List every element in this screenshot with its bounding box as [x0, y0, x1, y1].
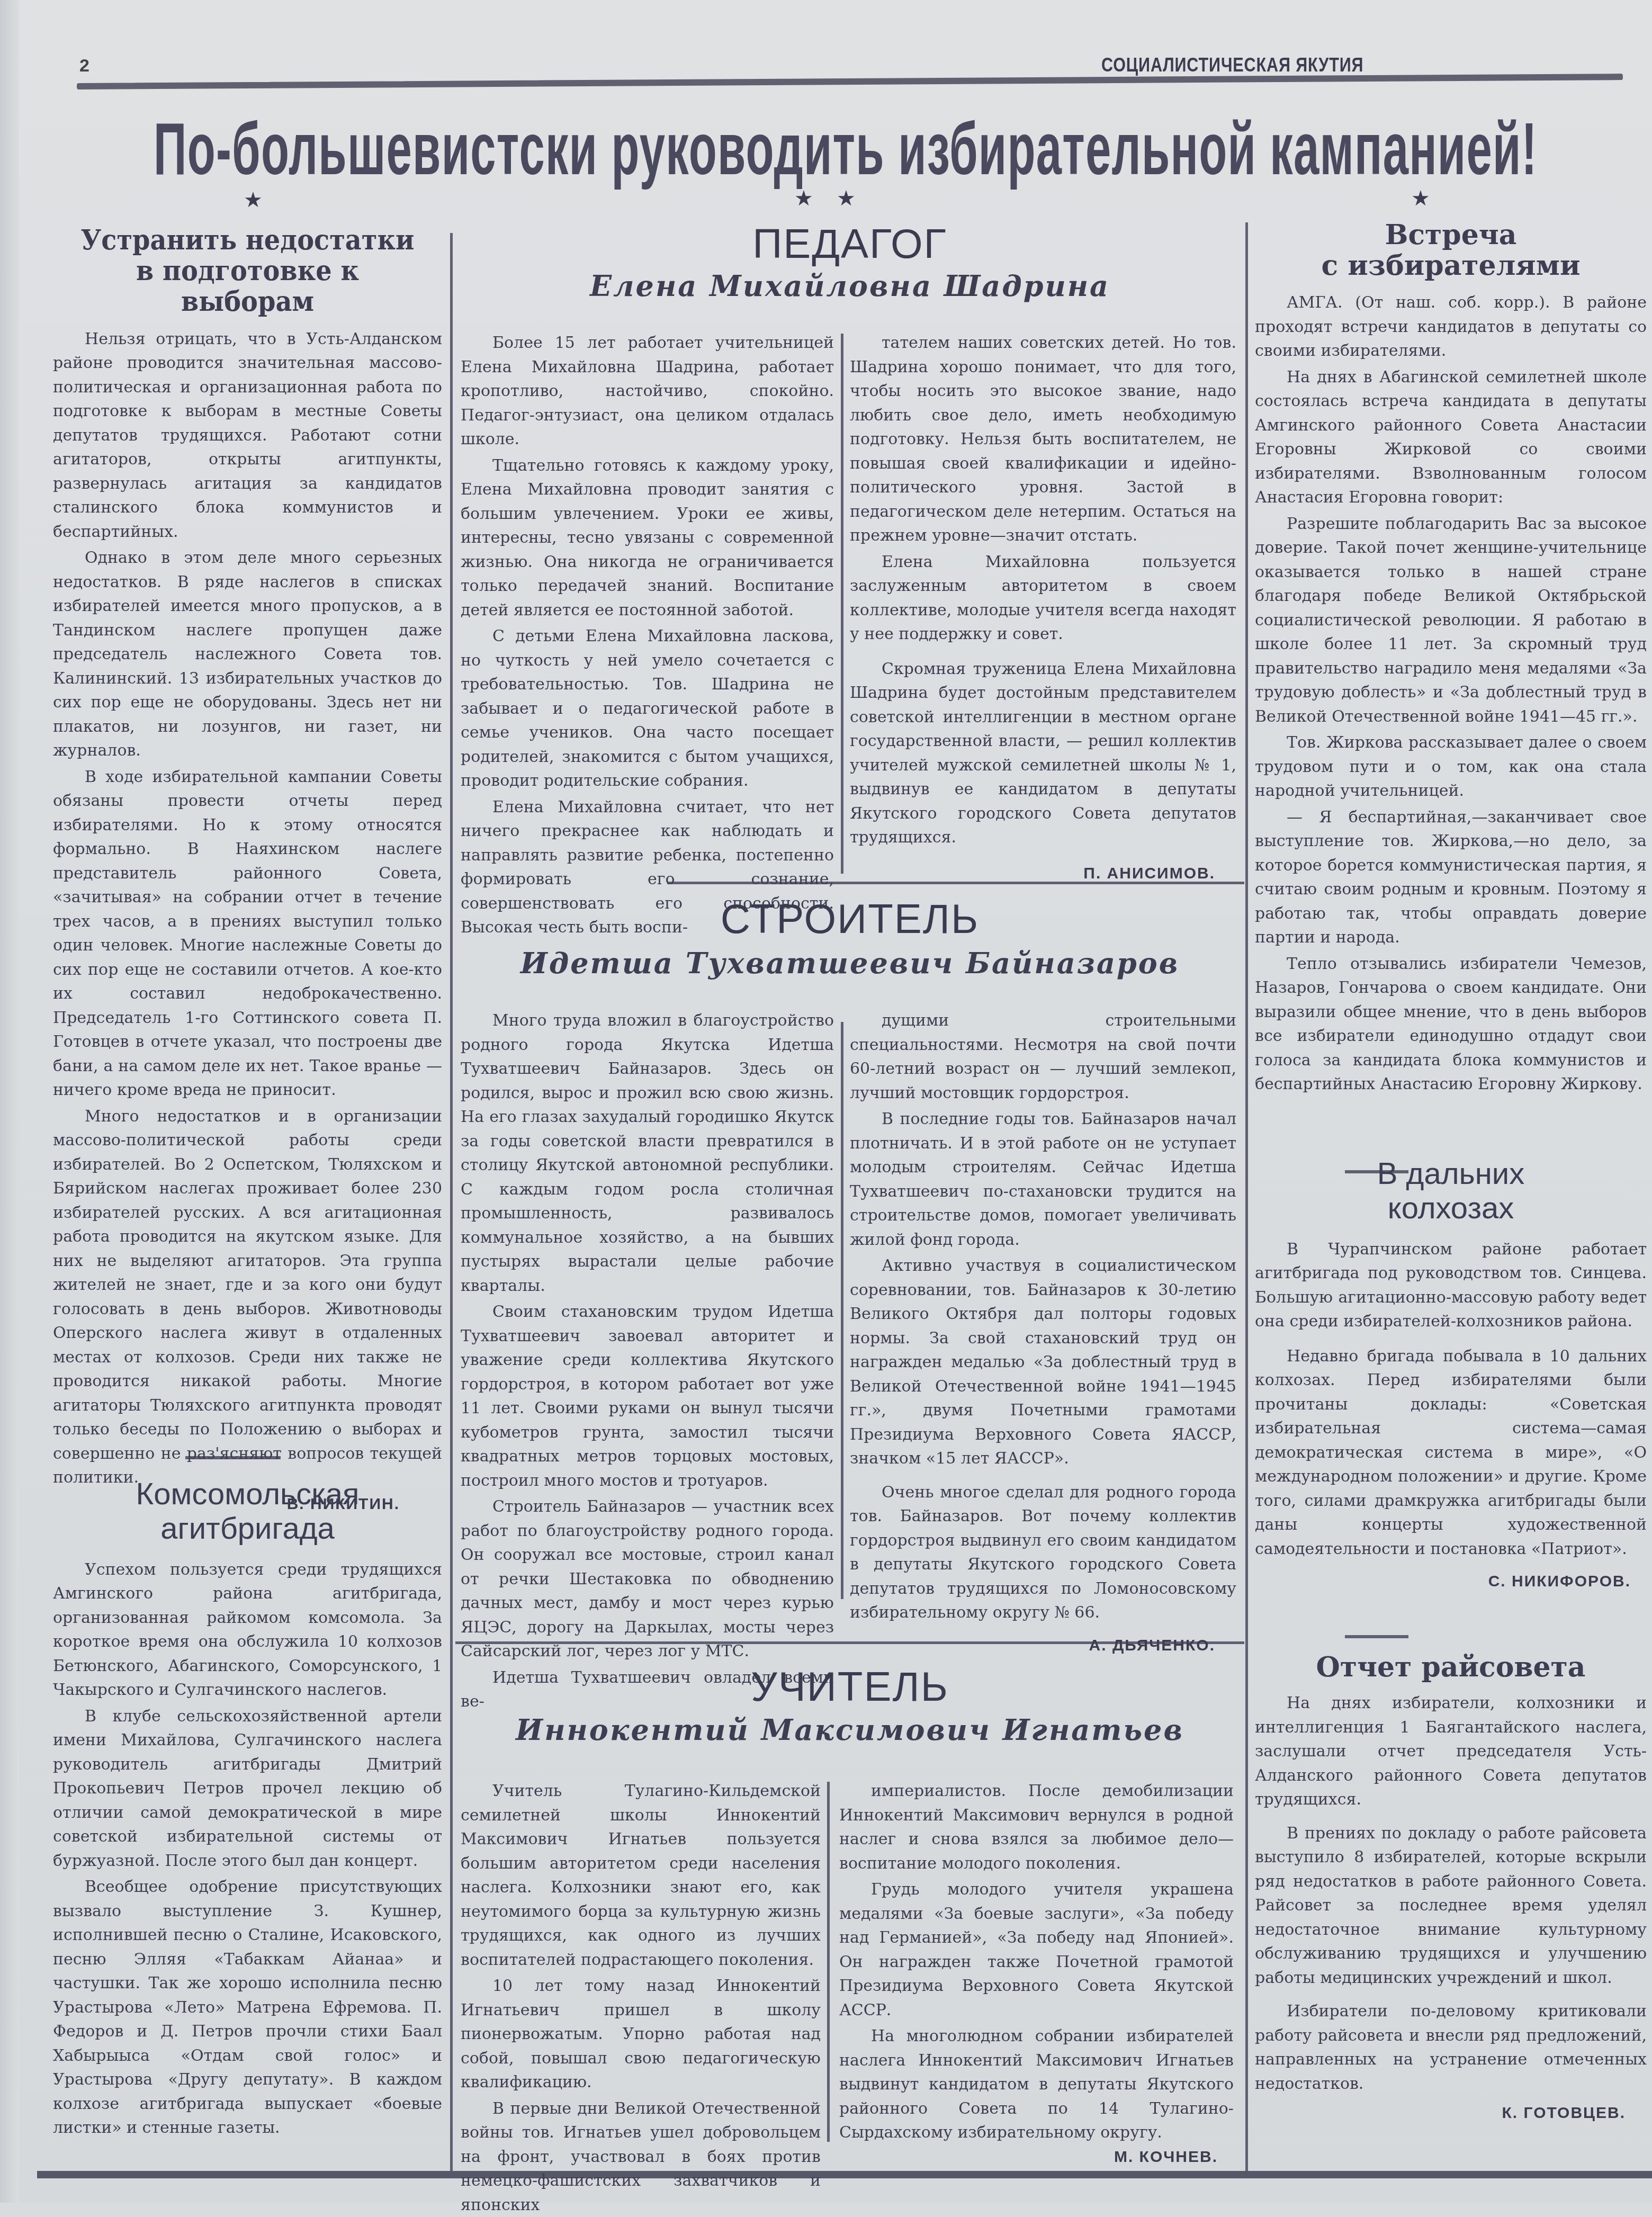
- article-body-col1: Более 15 лет работает учительницей Елена…: [461, 331, 834, 940]
- article-title: Отчет райсовета: [1255, 1652, 1647, 1683]
- paragraph: В клубе сельскохозяйственной артели имен…: [53, 1704, 442, 1873]
- candidate-name: Идетша Тухватшеевич Байназаров: [461, 946, 1239, 980]
- paragraph: Тепло отзывались избиратели Чемезов, Наз…: [1255, 952, 1647, 1097]
- title-line: В дальних: [1255, 1157, 1647, 1191]
- article-otchet-raisoveta: Отчет райсовета На днях избиратели, колх…: [1255, 1652, 1647, 2122]
- star-icon: ★: [244, 188, 263, 212]
- paragraph: Много недостатков и в организации массов…: [53, 1105, 442, 1490]
- paragraph: Учитель Тулагино-Кильдемской семилетней …: [461, 1779, 821, 1972]
- paragraph: В Чурапчинском районе работает агитбрига…: [1255, 1237, 1647, 1334]
- article-body: Успехом пользуется среди трудящихся Амги…: [53, 1558, 442, 2140]
- article-title: Комсомольская агитбригада: [53, 1477, 442, 1546]
- article-signature: М. КОЧНЕВ.: [839, 2148, 1234, 2166]
- paragraph: В ходе избирательной кампании Советы обя…: [53, 765, 442, 1102]
- article-signature: С. НИКИФОРОВ.: [1255, 1573, 1647, 1591]
- paragraph: С детьми Елена Михайловна ласкова, но чу…: [461, 624, 834, 793]
- paragraph: 10 лет тому назад Иннокентий Игнатьевич …: [461, 1974, 821, 2095]
- section-title: ПЕДАГОГ: [461, 220, 1239, 268]
- article-komsomolskaya-agitbrigada: Комсомольская агитбригада Успехом пользу…: [53, 1477, 442, 2140]
- section-stroitel: СТРОИТЕЛЬ Идетша Тухватшеевич Байназаров: [461, 895, 1239, 980]
- paragraph: Много труда вложил в благоустройство род…: [461, 1009, 834, 1298]
- star-icon: ★: [1411, 186, 1430, 211]
- article-title: Устранить недостатки в подготовке к выбо…: [68, 225, 426, 318]
- article-title: В дальних колхозах: [1255, 1157, 1647, 1226]
- column-divider: [827, 1782, 830, 2142]
- section-title: СТРОИТЕЛЬ: [461, 895, 1239, 943]
- newspaper-name: СОЦИАЛИСТИЧЕСКАЯ ЯКУТИЯ: [1101, 54, 1363, 76]
- title-line: Устранить недостатки: [68, 225, 426, 256]
- paragraph: Нельзя отрицать, что в Усть-Алданском ра…: [53, 327, 442, 544]
- paragraph: Скромная труженица Елена Михайловна Шадр…: [850, 657, 1236, 850]
- paragraph: Очень многое сделал для родного города т…: [850, 1480, 1236, 1625]
- title-line: Комсомольская: [53, 1477, 442, 1512]
- candidate-name: Елена Михайловна Шадрина: [461, 269, 1239, 303]
- article-signature: А. ДЬЯЧЕНКО.: [850, 1637, 1236, 1655]
- article-body: В Чурапчинском районе работает агитбрига…: [1255, 1237, 1647, 1561]
- title-line: агитбригада: [53, 1512, 442, 1546]
- paragraph: Тов. Жиркова рассказывает далее о своем …: [1255, 731, 1647, 803]
- paragraph: Строитель Байназаров — участник всех раб…: [461, 1495, 834, 1664]
- paragraph: На днях избиратели, колхозники и интелли…: [1255, 1691, 1647, 1812]
- masthead-rule: [77, 74, 1623, 89]
- title-line: в подготовке к выборам: [68, 256, 426, 317]
- article-signature: П. АНИСИМОВ.: [850, 865, 1236, 883]
- page-edge-shadow: [0, 0, 19, 2203]
- article-body-col1: Учитель Тулагино-Кильдемской семилетней …: [461, 1779, 821, 2203]
- paragraph: империалистов. После демобилизации Иннок…: [839, 1779, 1234, 1875]
- article-body-col2: тателем наших советских детей. Но тов. Ш…: [850, 331, 1236, 883]
- column-divider: [1245, 222, 1248, 2171]
- column-divider: [841, 1022, 843, 1599]
- section-title: УЧИТЕЛЬ: [461, 1663, 1239, 1711]
- newspaper-page: 2 СОЦИАЛИСТИЧЕСКАЯ ЯКУТИЯ По-большевистс…: [0, 0, 1652, 2203]
- paragraph: Однако в этом деле много серьезных недос…: [53, 546, 442, 763]
- paragraph: В прениях по докладу о работе райсовета …: [1255, 1821, 1647, 1990]
- article-body: АМГА. (От наш. соб. корр.). В районе про…: [1255, 291, 1647, 1097]
- paragraph: Всеобщее одобрение присутствующих вызвал…: [53, 1875, 442, 2140]
- paragraph: Своим стахановским трудом Идетша Тухватш…: [461, 1300, 834, 1493]
- paragraph: Недавно бригада побывала в 10 дальних ко…: [1255, 1344, 1647, 1561]
- paragraph: В первые дни Великой Отечественной войны…: [461, 2097, 821, 2203]
- section-pedagog: ПЕДАГОГ Елена Михайловна Шадрина: [461, 220, 1239, 303]
- star-icon: ★: [794, 186, 813, 211]
- article-title: Встреча с избирателями: [1255, 220, 1647, 281]
- column-divider: [450, 233, 453, 2171]
- paragraph: Активно участвуя в социалистическом соре…: [850, 1254, 1236, 1471]
- article-body-col2: империалистов. После демобилизации Иннок…: [839, 1779, 1234, 2166]
- column-divider: [841, 334, 843, 874]
- page-number: 2: [79, 56, 89, 76]
- paragraph: — Я беспартийная,—заканчивает свое высту…: [1255, 805, 1647, 950]
- paragraph: тателем наших советских детей. Но тов. Ш…: [850, 331, 1236, 548]
- paragraph: Избиратели по-деловому критиковали работ…: [1255, 1999, 1647, 2096]
- paragraph: Разрешите поблагодарить Вас за высокое д…: [1255, 512, 1647, 729]
- paragraph: дущими строительными специальностями. Не…: [850, 1009, 1236, 1105]
- article-body-col2: дущими строительными специальностями. Не…: [850, 1009, 1236, 1655]
- paragraph: На днях в Абагинской семилетней школе со…: [1255, 365, 1647, 510]
- page-bottom-rule: [37, 2171, 1652, 2178]
- article-body: Нельзя отрицать, что в Усть-Алданском ра…: [53, 327, 442, 1490]
- article-vstrecha-s-izbiratelyami: Встреча с избирателями АМГА. (От наш. со…: [1255, 220, 1647, 1097]
- star-icon: ★: [837, 186, 856, 211]
- article-divider: [1345, 1635, 1408, 1638]
- title-line: с избирателями: [1255, 250, 1647, 281]
- main-headline: По-большевистски руководить избирательно…: [154, 106, 974, 192]
- title-line: колхозах: [1255, 1191, 1647, 1226]
- paragraph: В последние годы тов. Байназаров начал п…: [850, 1107, 1236, 1252]
- paragraph: Успехом пользуется среди трудящихся Амги…: [53, 1558, 442, 1702]
- paragraph: Более 15 лет работает учительницей Елена…: [461, 331, 834, 452]
- paragraph: Тщательно готовясь к каждому уроку, Елен…: [461, 454, 834, 623]
- article-ustranit-nedostatki: Устранить недостатки в подготовке к выбо…: [53, 225, 442, 1513]
- article-body: На днях избиратели, колхозники и интелли…: [1255, 1691, 1647, 2096]
- article-body-col1: Много труда вложил в благоустройство род…: [461, 1009, 834, 1714]
- article-signature: К. ГОТОВЦЕВ.: [1255, 2104, 1647, 2122]
- paragraph: Елена Михайловна пользуется заслуженным …: [850, 550, 1236, 647]
- paragraph: Грудь молодого учителя украшена медалями…: [839, 1878, 1234, 2022]
- title-line: Встреча: [1255, 220, 1647, 250]
- section-uchitel: УЧИТЕЛЬ Иннокентий Максимович Игнатьев: [461, 1663, 1239, 1747]
- candidate-name: Иннокентий Максимович Игнатьев: [461, 1713, 1239, 1747]
- paragraph: АМГА. (От наш. соб. корр.). В районе про…: [1255, 291, 1647, 363]
- paragraph: На многолюдном собрании избирателей насл…: [839, 2024, 1234, 2145]
- article-v-dalnih-kolhozah: В дальних колхозах В Чурапчинском районе…: [1255, 1157, 1647, 1591]
